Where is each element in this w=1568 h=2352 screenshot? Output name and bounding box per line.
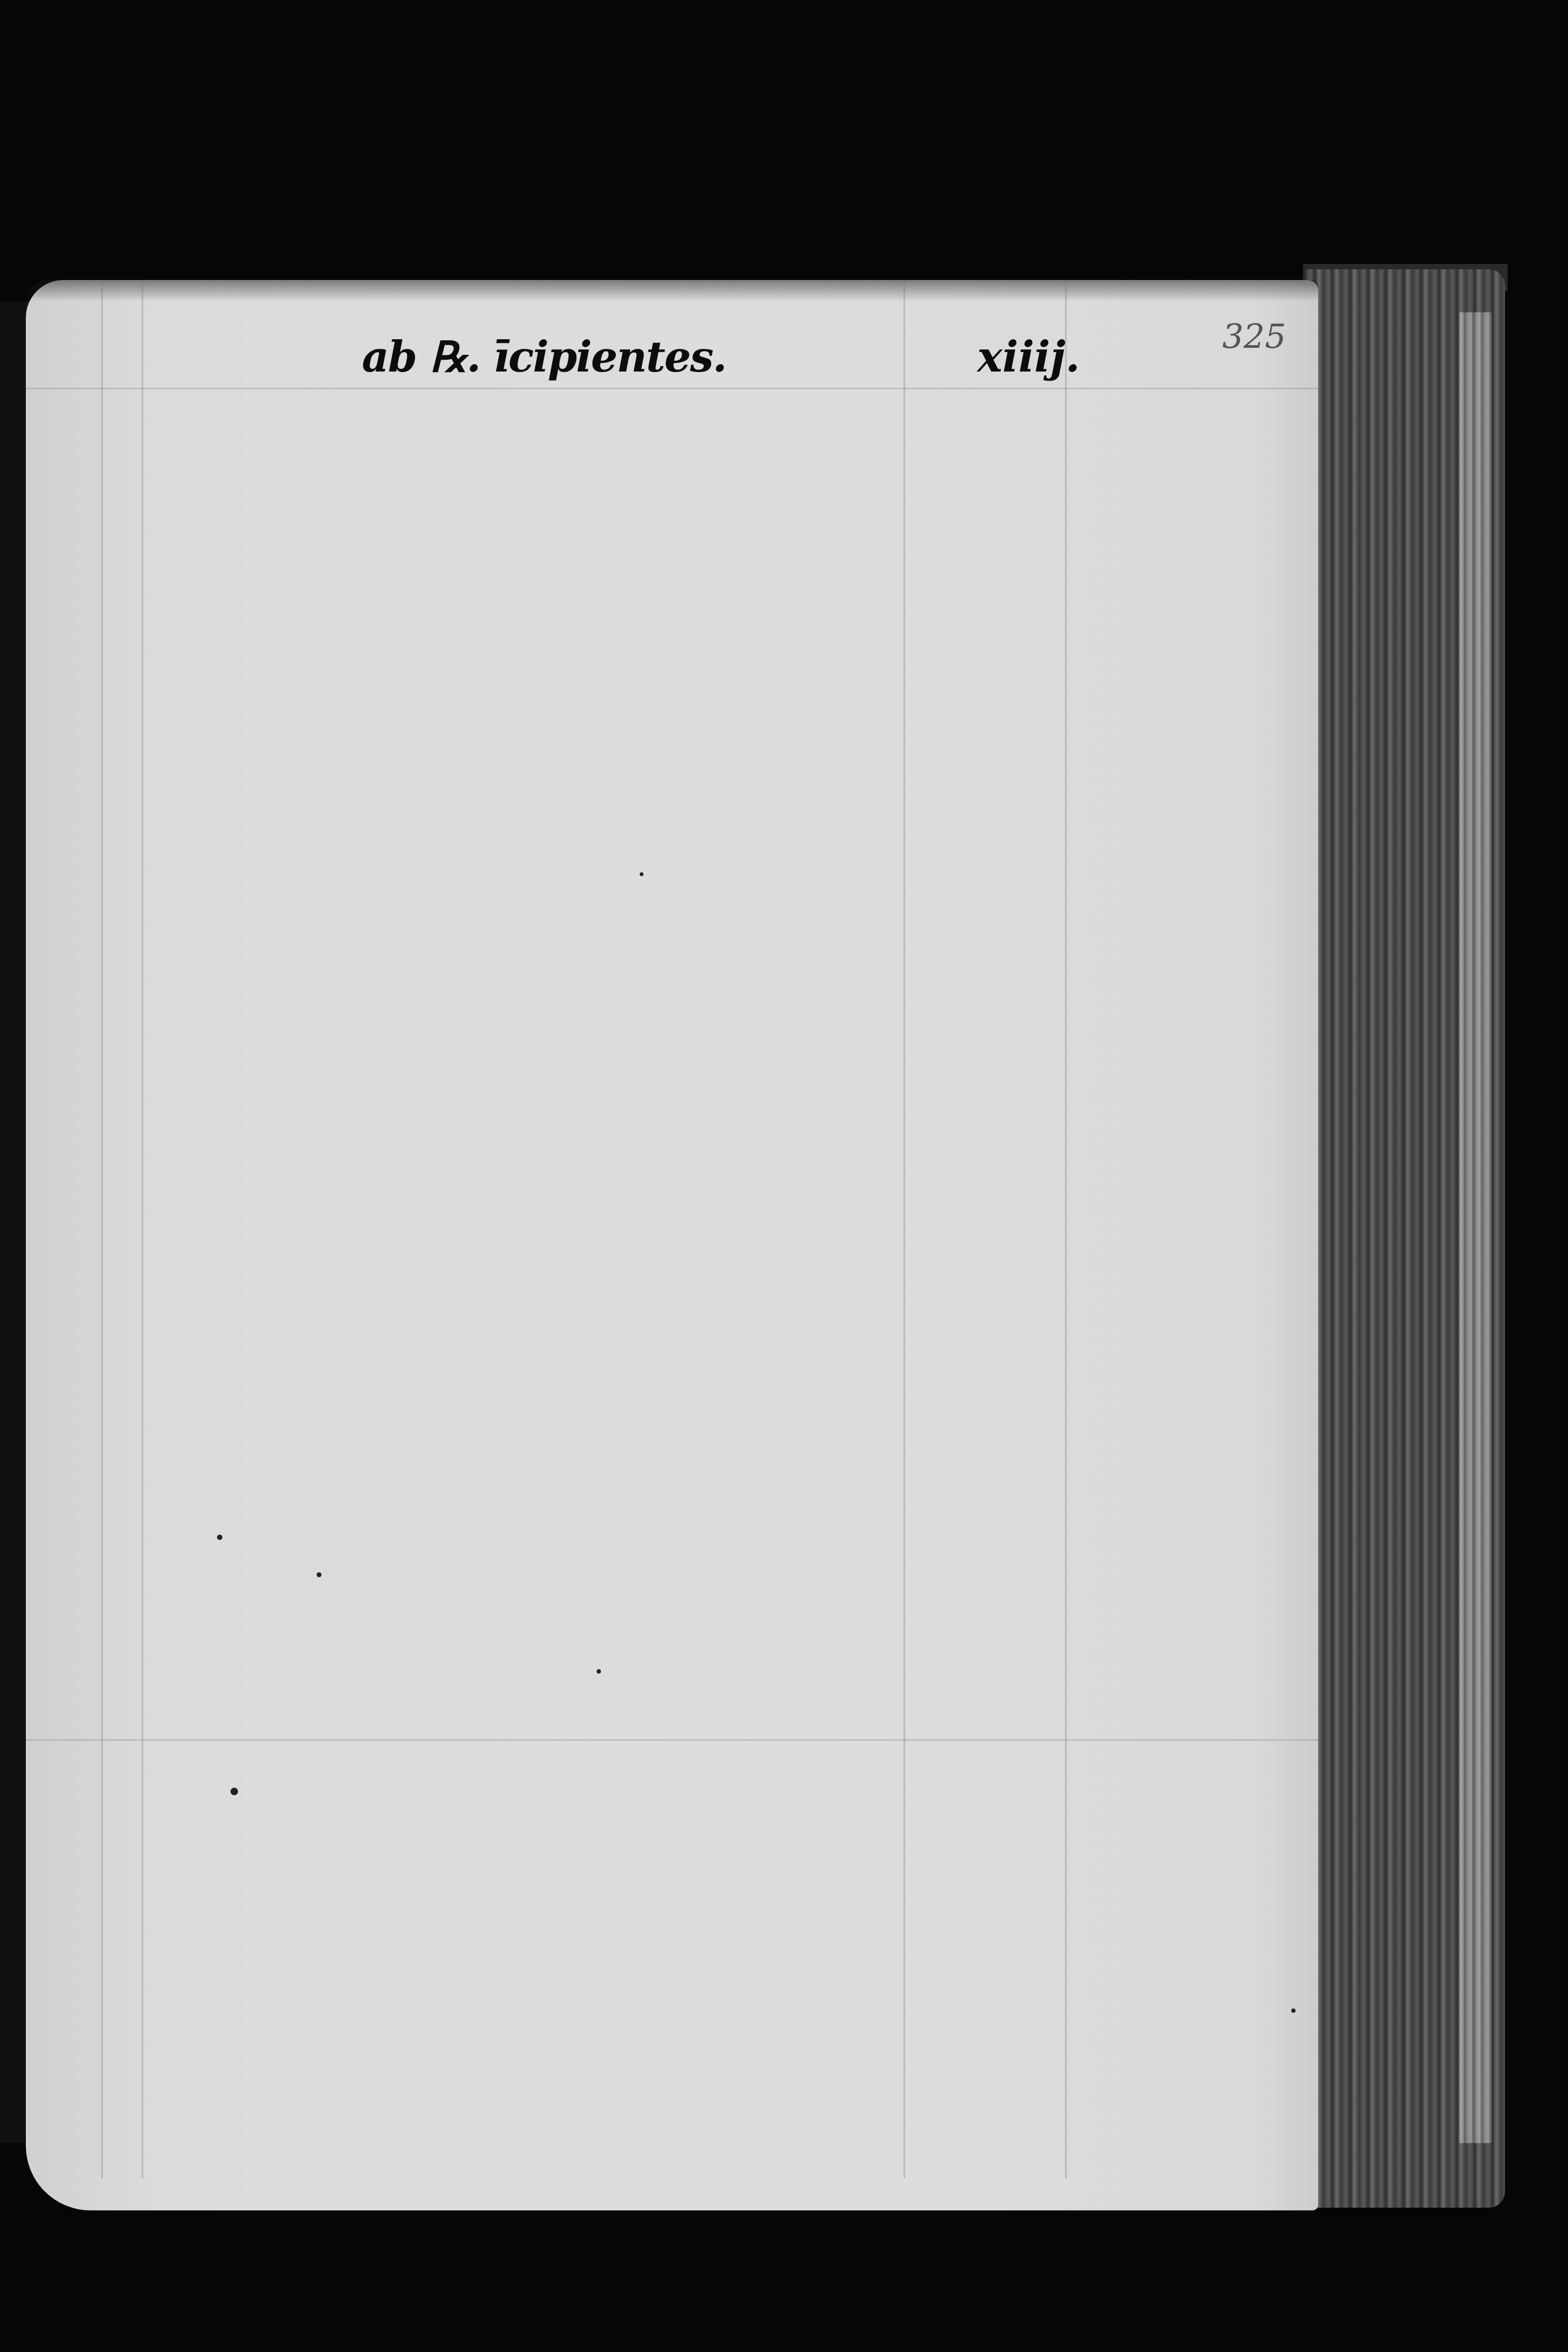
ruling-line-vertical (101, 280, 103, 2178)
ink-speck (640, 872, 643, 876)
running-header-right: xiiij. (977, 333, 1080, 382)
ruling-line-horizontal (26, 388, 1318, 389)
ruling-line-vertical (1065, 280, 1067, 2178)
ruling-line-horizontal (26, 1739, 1318, 1741)
ink-speck (317, 1572, 321, 1577)
manuscript-page (26, 280, 1318, 2210)
ink-speck (217, 1535, 222, 1540)
folio-number: 325 (1222, 317, 1286, 356)
ruling-line-vertical (142, 280, 143, 2178)
ruling-line-vertical (904, 280, 905, 2178)
facing-page-edge (0, 302, 29, 2143)
running-header-left: ab ℞. īcipientes. (362, 333, 726, 382)
ink-speck (597, 1669, 601, 1674)
ink-speck (1291, 2008, 1296, 2013)
page-block-fore-edge (1306, 269, 1505, 2208)
ink-speck (230, 1788, 238, 1795)
